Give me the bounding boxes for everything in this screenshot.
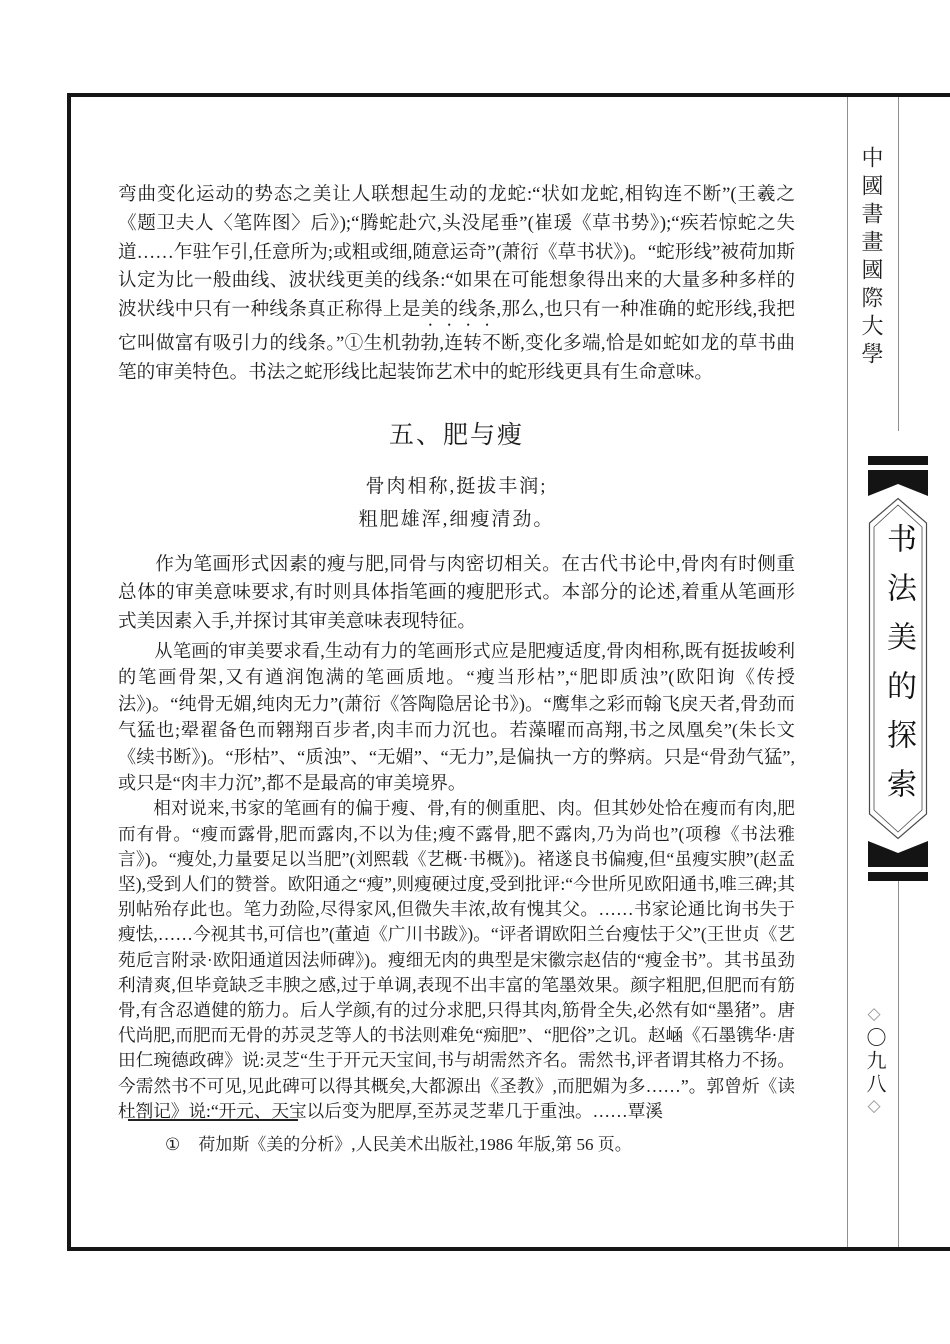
footnote-marker: ① (165, 1135, 180, 1154)
ribbon-ornament-bottom (868, 841, 928, 867)
footnote: ①荷加斯《美的分析》,人民美术出版社,1986 年版,第 56 页。 (118, 1133, 825, 1157)
diamond-ornament: ◇ (865, 1004, 884, 1027)
paragraph: 从笔画的审美要求看,生动有力的笔画形式应是肥瘦适度,骨肉相称,既有挺拔峻利的笔画… (118, 638, 795, 796)
paragraph-continuation: 弯曲变化运动的势态之美让人联想起生动的龙蛇:“状如龙蛇,相钩连不断”(王羲之《题… (118, 181, 795, 388)
ornament-bar-bottom (868, 872, 928, 881)
book-title: 书法美的探索 (876, 523, 920, 817)
diamond-ornament: ◇ (865, 1096, 884, 1119)
poem-block: 骨肉相称,挺拔丰润; 粗肥雄浑,细瘦清劲。 (118, 470, 795, 536)
sidebar-rule-right-lower (898, 877, 899, 1247)
main-text-column: 弯曲变化运动的势态之美让人联想起生动的龙蛇:“状如龙蛇,相钩连不断”(王羲之《题… (118, 181, 795, 1124)
emphasized-text: 美的线条 (421, 299, 497, 320)
section-heading: 五、肥与瘦 (118, 418, 795, 454)
book-page: 弯曲变化运动的势态之美让人联想起生动的龙蛇:“状如龙蛇,相钩连不断”(王羲之《题… (0, 0, 950, 1344)
page-number: ◇〇九八◇ (860, 1004, 889, 1119)
ornament-bar-top (868, 456, 928, 465)
poem-line: 骨肉相称,挺拔丰润; (118, 470, 795, 503)
footnote-text: 荷加斯《美的分析》,人民美术出版社,1986 年版,第 56 页。 (198, 1135, 632, 1154)
sidebar-rule-left (847, 97, 848, 1247)
paragraph: 相对说来,书家的笔画有的偏于瘦、骨,有的侧重肥、肉。但其妙处恰在瘦而有肉,肥而有… (118, 796, 795, 1124)
sidebar-rule-right-upper (898, 97, 899, 431)
ribbon-ornament-top (868, 470, 928, 496)
book-title-cartouche: 书法美的探索 (868, 497, 928, 840)
page-frame-left (67, 93, 71, 1251)
footnote-divider (128, 1119, 298, 1121)
sidebar-institution-title: 中國書畫國際大學 (856, 146, 887, 370)
paragraph: 作为笔画形式因素的瘦与肥,同骨与肉密切相关。在古代书论中,骨肉有时侧重总体的审美… (118, 551, 795, 636)
page-frame-top (67, 93, 950, 97)
page-number-value: 〇九八 (863, 1027, 885, 1096)
poem-line: 粗肥雄浑,细瘦清劲。 (118, 503, 795, 536)
book-title-bookmark: 书法美的探索 (868, 456, 928, 881)
page-frame-bottom (67, 1247, 950, 1251)
